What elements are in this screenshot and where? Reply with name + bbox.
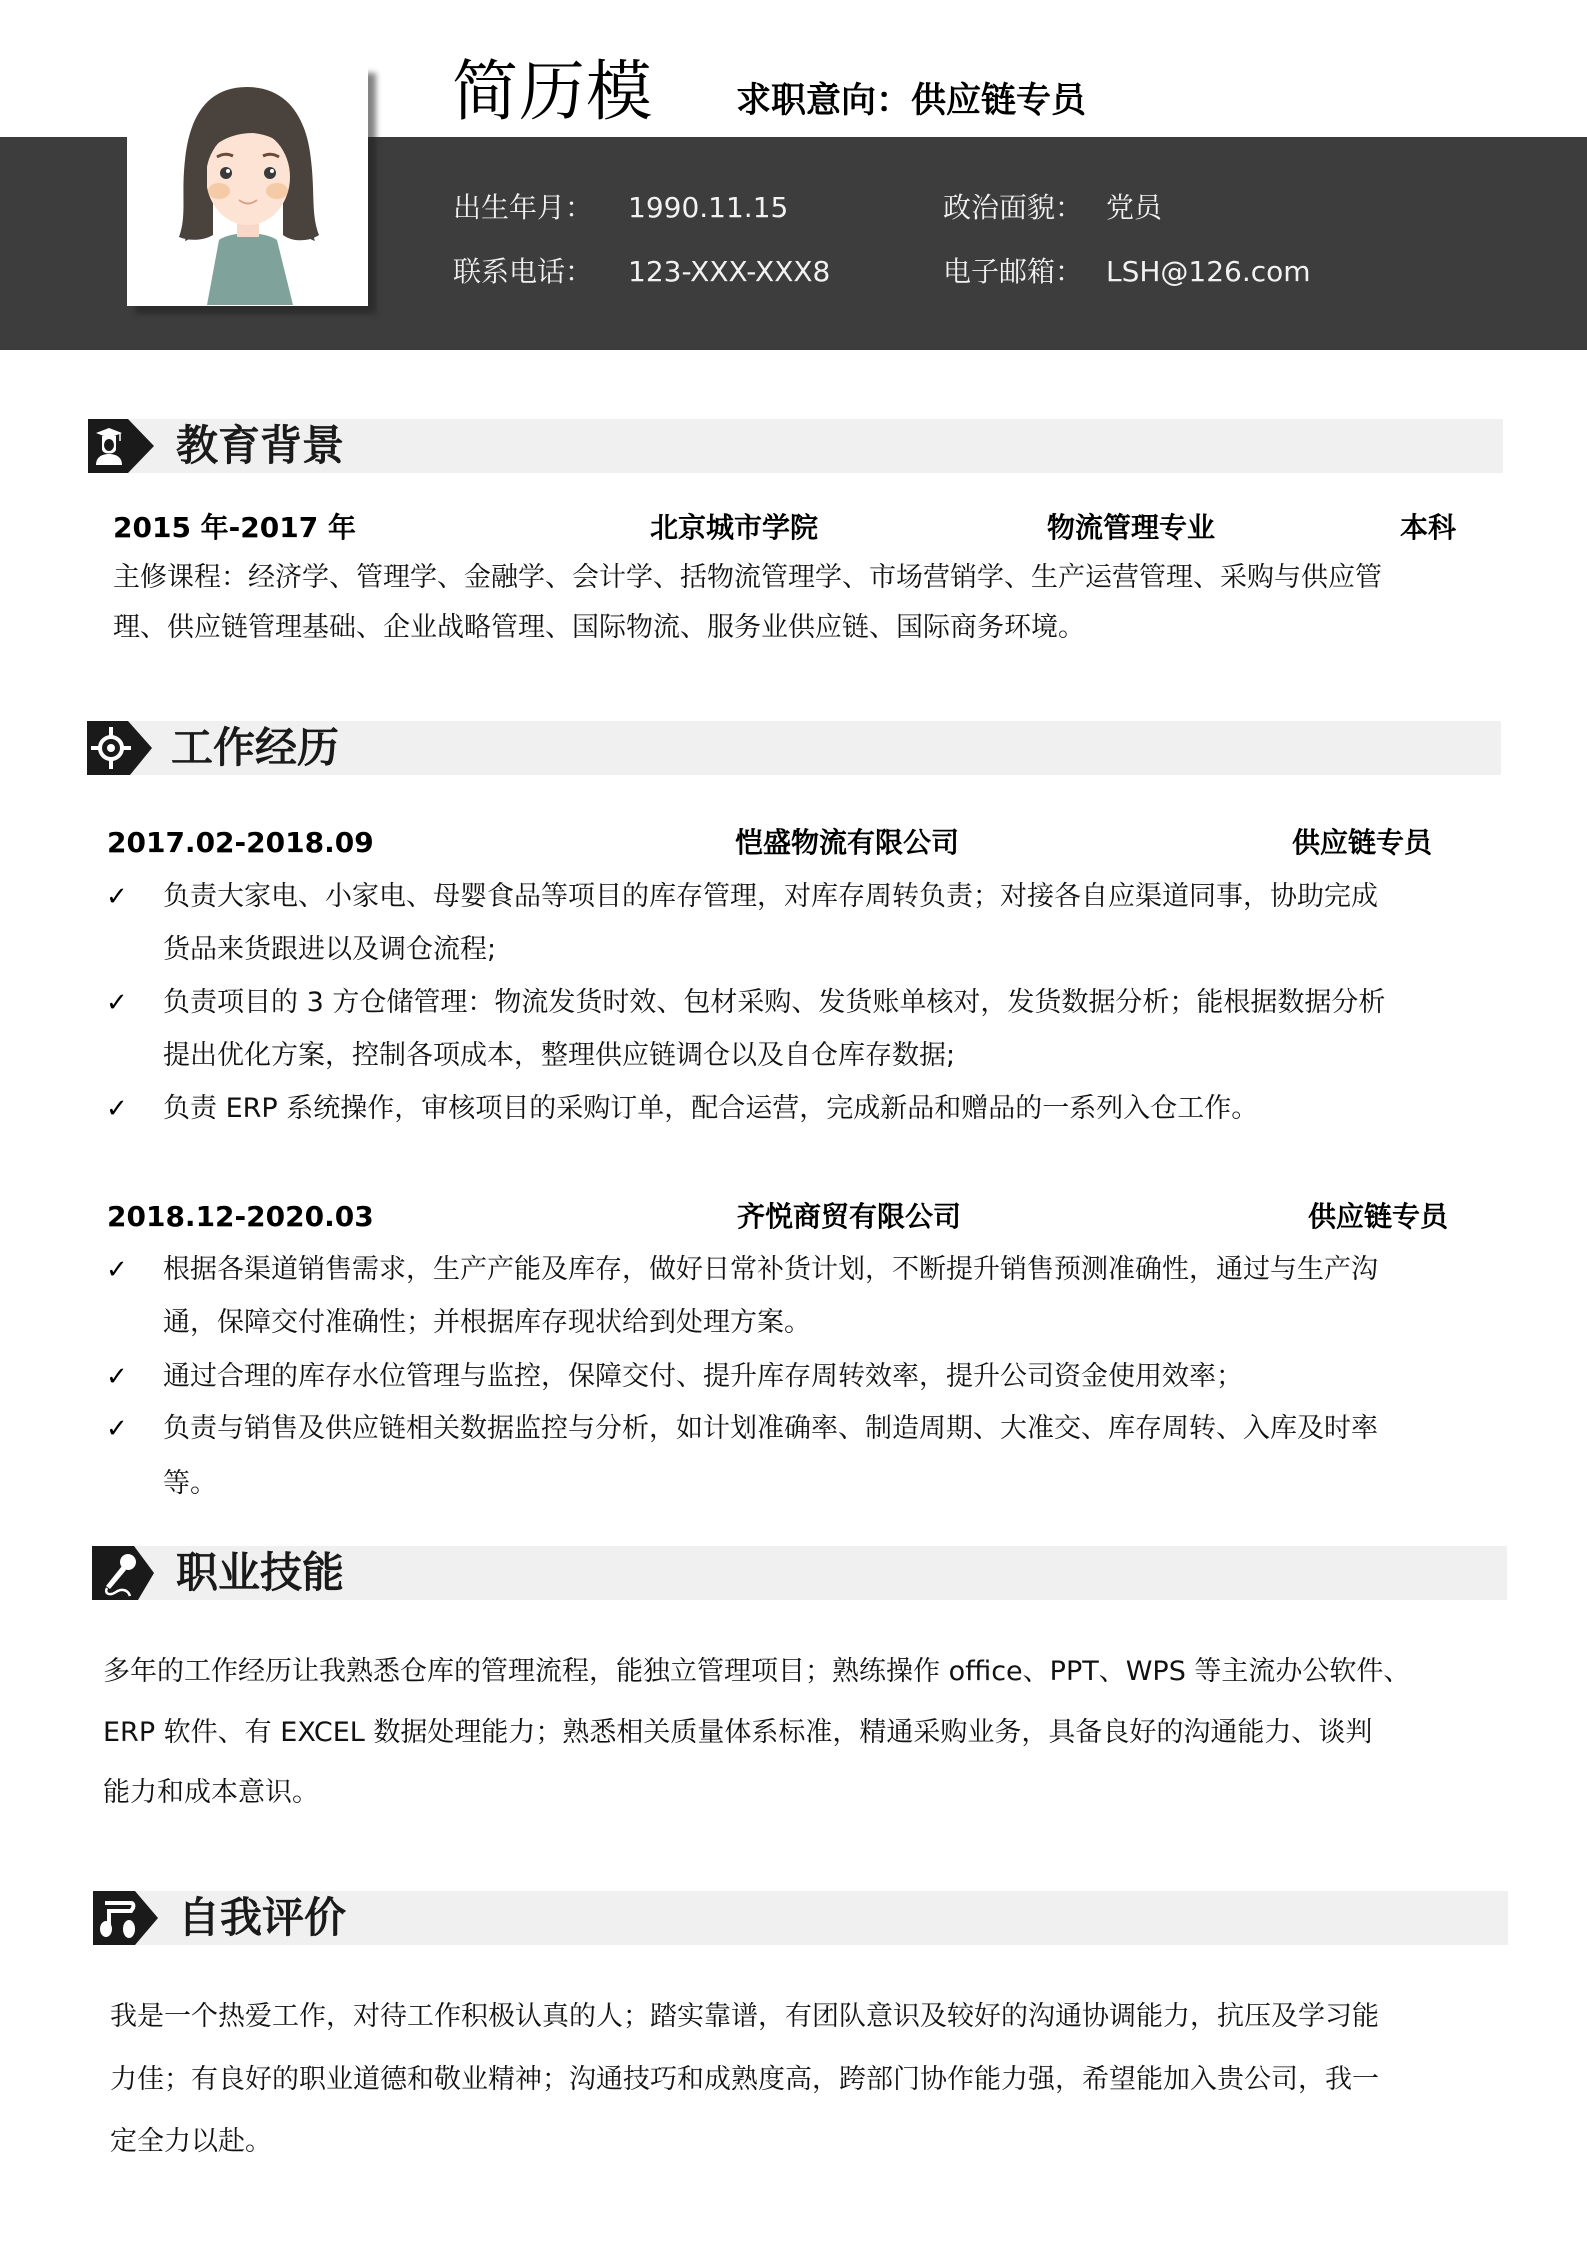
email-value: LSH@126.com [1106, 252, 1311, 292]
cartoon-girl-avatar-icon [127, 65, 368, 306]
bullet-line: 等。 [163, 1464, 217, 1504]
political-label: 政治面貌： [943, 188, 1083, 228]
crosshair-icon [87, 721, 153, 775]
phone-label: 联系电话： [453, 252, 593, 292]
job-period: 2017.02-2018.09 [107, 823, 374, 863]
bullet-line: 根据各渠道销售需求，生产产能及库存，做好日常补货计划，不断提升销售预测准确性，通… [163, 1250, 1378, 1290]
bullet-line: 通过合理的库存水位管理与监控，保障交付、提升库存周转效率，提升公司资金使用效率； [163, 1357, 1243, 1397]
section-title: 工作经历 [171, 721, 339, 775]
birth-value: 1990.11.15 [628, 188, 788, 228]
self-eval-line: 我是一个热爱工作，对待工作积极认真的人；踏实靠谱，有团队意识及较好的沟通协调能力… [110, 1997, 1379, 2037]
job-role: 供应链专员 [1292, 823, 1432, 863]
section-title: 职业技能 [176, 1546, 344, 1600]
section-title: 自我评价 [178, 1891, 346, 1945]
self-eval-line: 定全力以赴。 [110, 2122, 272, 2162]
check-icon: ✓ [106, 1250, 128, 1290]
check-icon: ✓ [106, 1409, 128, 1449]
edu-degree: 本科 [1400, 508, 1456, 548]
resume-title: 简历模 [452, 48, 653, 136]
bullet-line: 通，保障交付准确性；并根据库存现状给到处理方案。 [163, 1303, 811, 1343]
check-icon: ✓ [106, 1089, 128, 1129]
bullet-line: 提出优化方案，控制各项成本，整理供应链调仓以及自仓库存数据; [163, 1036, 955, 1076]
edu-major: 物流管理专业 [1047, 508, 1215, 548]
job-objective: 求职意向：供应链专员 [736, 78, 1086, 124]
job-period: 2018.12-2020.03 [107, 1197, 374, 1237]
edu-courses-line: 主修课程：经济学、管理学、金融学、会计学、括物流管理学、市场营销学、生产运营管理… [113, 558, 1382, 598]
microphone-icon [92, 1546, 158, 1600]
skills-line: 能力和成本意识。 [103, 1773, 319, 1813]
phone-value: 123-XXX-XXX8 [628, 252, 830, 292]
bullet-line: 负责大家电、小家电、母婴食品等项目的库存管理，对库存周转负责；对接各自应渠道同事… [163, 877, 1378, 917]
section-title: 教育背景 [176, 419, 344, 473]
email-label: 电子邮箱： [943, 252, 1083, 292]
bullet-line: 负责 ERP 系统操作，审核项目的采购订单，配合运营，完成新品和赠品的一系列入仓… [163, 1089, 1258, 1129]
avatar [127, 65, 368, 306]
birth-label: 出生年月： [453, 188, 593, 228]
edu-courses-line: 理、供应链管理基础、企业战略管理、国际物流、服务业供应链、国际商务环境。 [113, 608, 1085, 648]
music-note-icon [93, 1891, 159, 1945]
self-eval-line: 力佳；有良好的职业道德和敬业精神；沟通技巧和成熟度高，跨部门协作能力强，希望能加… [110, 2060, 1379, 2100]
edu-school: 北京城市学院 [650, 508, 818, 548]
check-icon: ✓ [106, 1357, 128, 1397]
bullet-line: 货品来货跟进以及调仓流程; [163, 930, 496, 970]
check-icon: ✓ [106, 877, 128, 917]
check-icon: ✓ [106, 983, 128, 1023]
job-company: 恺盛物流有限公司 [735, 823, 959, 863]
bullet-line: 负责项目的 3 方仓储管理：物流发货时效、包材采购、发货账单核对，发货数据分析；… [163, 983, 1385, 1023]
bullet-line: 负责与销售及供应链相关数据监控与分析，如计划准确率、制造周期、大准交、库存周转、… [163, 1409, 1378, 1449]
edu-period: 2015 年-2017 年 [113, 508, 356, 548]
job-company: 齐悦商贸有限公司 [737, 1197, 961, 1237]
job-role: 供应链专员 [1308, 1197, 1448, 1237]
graduate-icon [88, 419, 154, 473]
skills-line: 多年的工作经历让我熟悉仓库的管理流程，能独立管理项目；熟练操作 office、P… [103, 1652, 1410, 1692]
skills-line: ERP 软件、有 EXCEL 数据处理能力；熟悉相关质量体系标准，精通采购业务，… [103, 1713, 1372, 1753]
political-value: 党员 [1106, 188, 1162, 228]
